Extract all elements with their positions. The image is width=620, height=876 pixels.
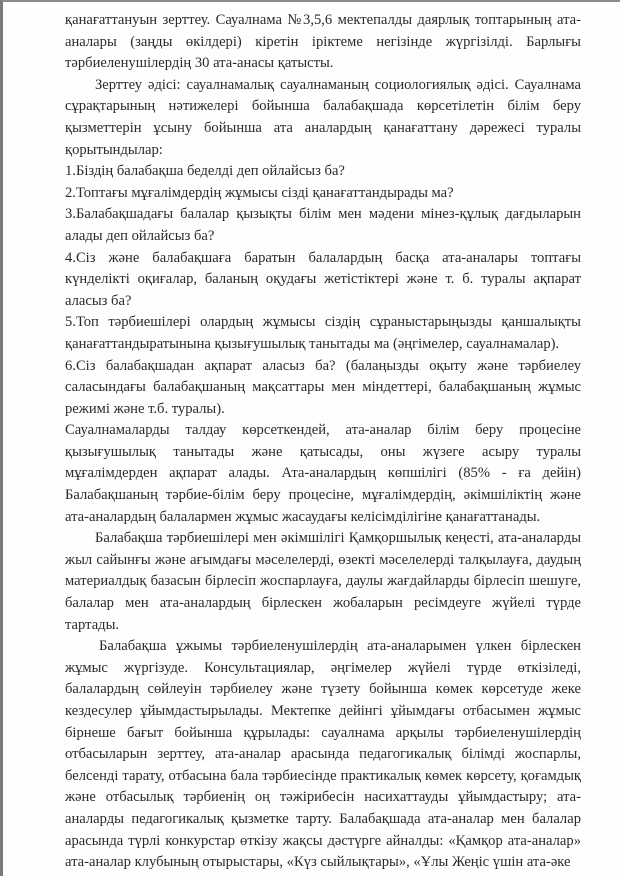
question-2: 2.Топтағы мұғалімдердің жұмысы сізді қан… — [65, 183, 581, 205]
question-5: 5.Топ тәрбиешілері олардың жұмысы сіздің… — [65, 312, 581, 355]
paragraph-collective-work: Балабақша ұжымы тәрбиеленушілердің ата-а… — [65, 636, 581, 874]
paragraph-method: Зерттеу әдісі: сауалнамалық сауалнаманың… — [65, 75, 581, 161]
scan-speck: · — [548, 802, 551, 812]
question-1: 1.Біздің балабақша беделді деп ойлайсыз … — [65, 161, 581, 183]
question-6: 6.Сіз балабақшадан ақпарат аласыз ба? (б… — [65, 356, 581, 421]
paragraph-administration: Балабақша тәрбиешілері мен әкімшілігі Қа… — [65, 528, 581, 636]
paragraph-analysis: Сауалнамаларды талдау көрсеткендей, ата-… — [65, 420, 581, 528]
paragraph-intro: қанағаттануын зерттеу. Сауалнама №3,5,6 … — [65, 10, 581, 75]
question-4: 4.Сіз және балабақшаға баратын балаларды… — [65, 248, 581, 313]
question-3: 3.Балабақшадағы балалар қызықты білім ме… — [65, 204, 581, 247]
scanned-page: қанағаттануын зерттеу. Сауалнама №3,5,6 … — [0, 0, 620, 876]
document-body: қанағаттануын зерттеу. Сауалнама №3,5,6 … — [65, 10, 581, 874]
